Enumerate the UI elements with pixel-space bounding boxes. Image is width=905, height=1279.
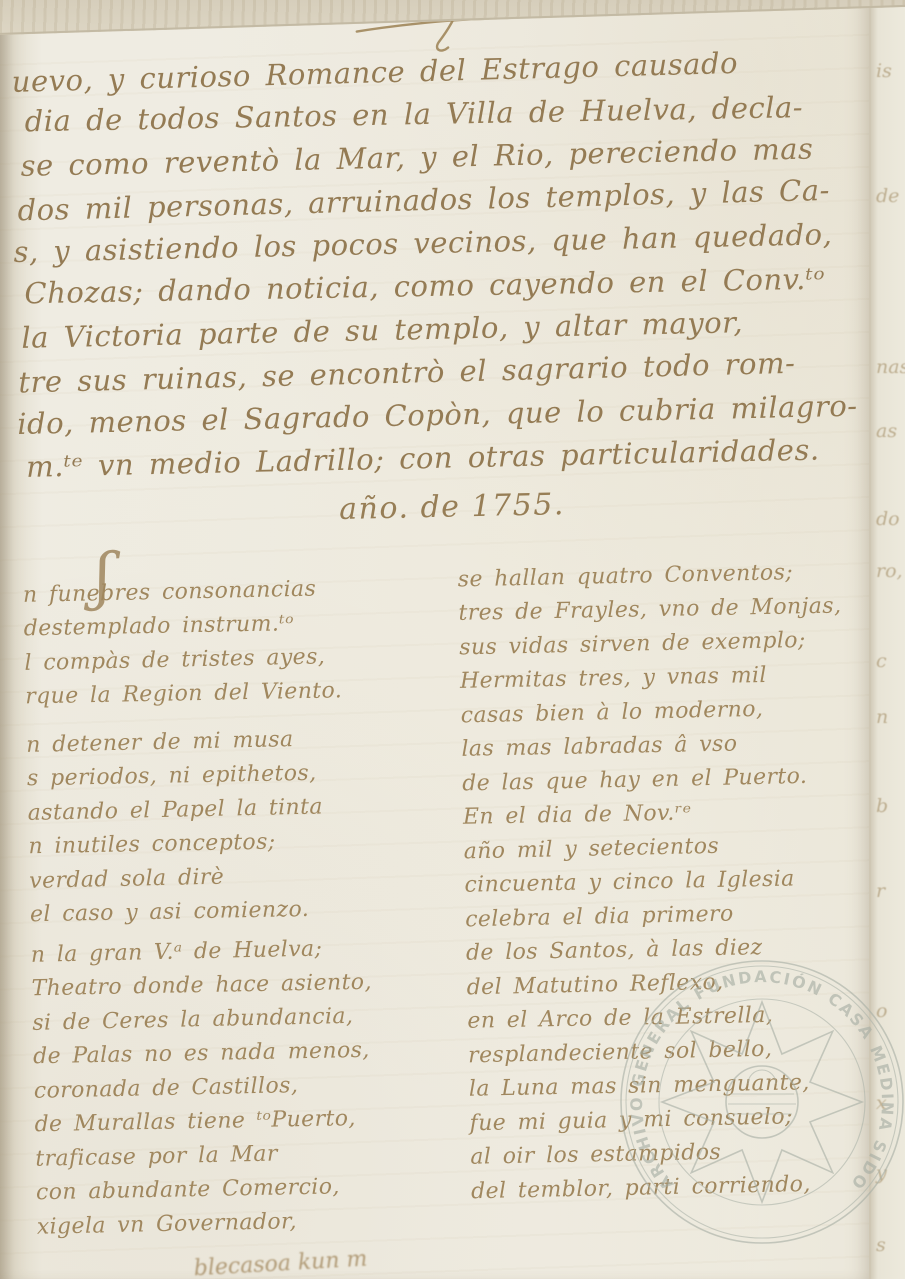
adjacent-page-text-fragment: n xyxy=(876,706,888,728)
adjacent-page-edge: isdenasasdoro,cnbroxys xyxy=(869,0,905,1279)
manuscript-page: uevo, y curioso Romance del Estrago caus… xyxy=(0,0,869,1279)
title-block: uevo, y curioso Romance del Estrago caus… xyxy=(9,45,870,493)
adjacent-page-text-fragment: s xyxy=(876,1234,886,1256)
adjacent-page-text-fragment: x xyxy=(876,1092,887,1114)
adjacent-page-text-fragment: nas xyxy=(876,356,905,378)
year-heading: año. de 1755. xyxy=(339,487,565,527)
adjacent-page-text-fragment: is xyxy=(876,60,892,82)
adjacent-page-text-fragment: b xyxy=(876,795,888,817)
verse-column-right: se hallan quatro Conventos;tres de Frayl… xyxy=(458,558,905,1213)
adjacent-page-text-fragment: as xyxy=(876,420,897,442)
adjacent-page-text-fragment: o xyxy=(876,1000,887,1022)
bottom-cutoff-line: blecasoa kun m xyxy=(193,1247,368,1279)
handwriting-layer: uevo, y curioso Romance del Estrago caus… xyxy=(0,0,895,1279)
verse-line: rque la Region del Viento. xyxy=(25,676,462,718)
adjacent-page-text-fragment: de xyxy=(876,185,899,207)
adjacent-page-text-fragment: c xyxy=(876,650,887,672)
adjacent-page-text-fragment: r xyxy=(876,880,885,902)
adjacent-page-text-fragment: do xyxy=(876,508,900,530)
adjacent-page-text-fragment: y xyxy=(876,1162,887,1184)
verse-column-left: n funebres consonanciasdestemplado instr… xyxy=(23,573,473,1248)
verse-line: el caso y asi comienzo. xyxy=(30,894,467,936)
adjacent-page-text-fragment: ro, xyxy=(876,560,903,582)
